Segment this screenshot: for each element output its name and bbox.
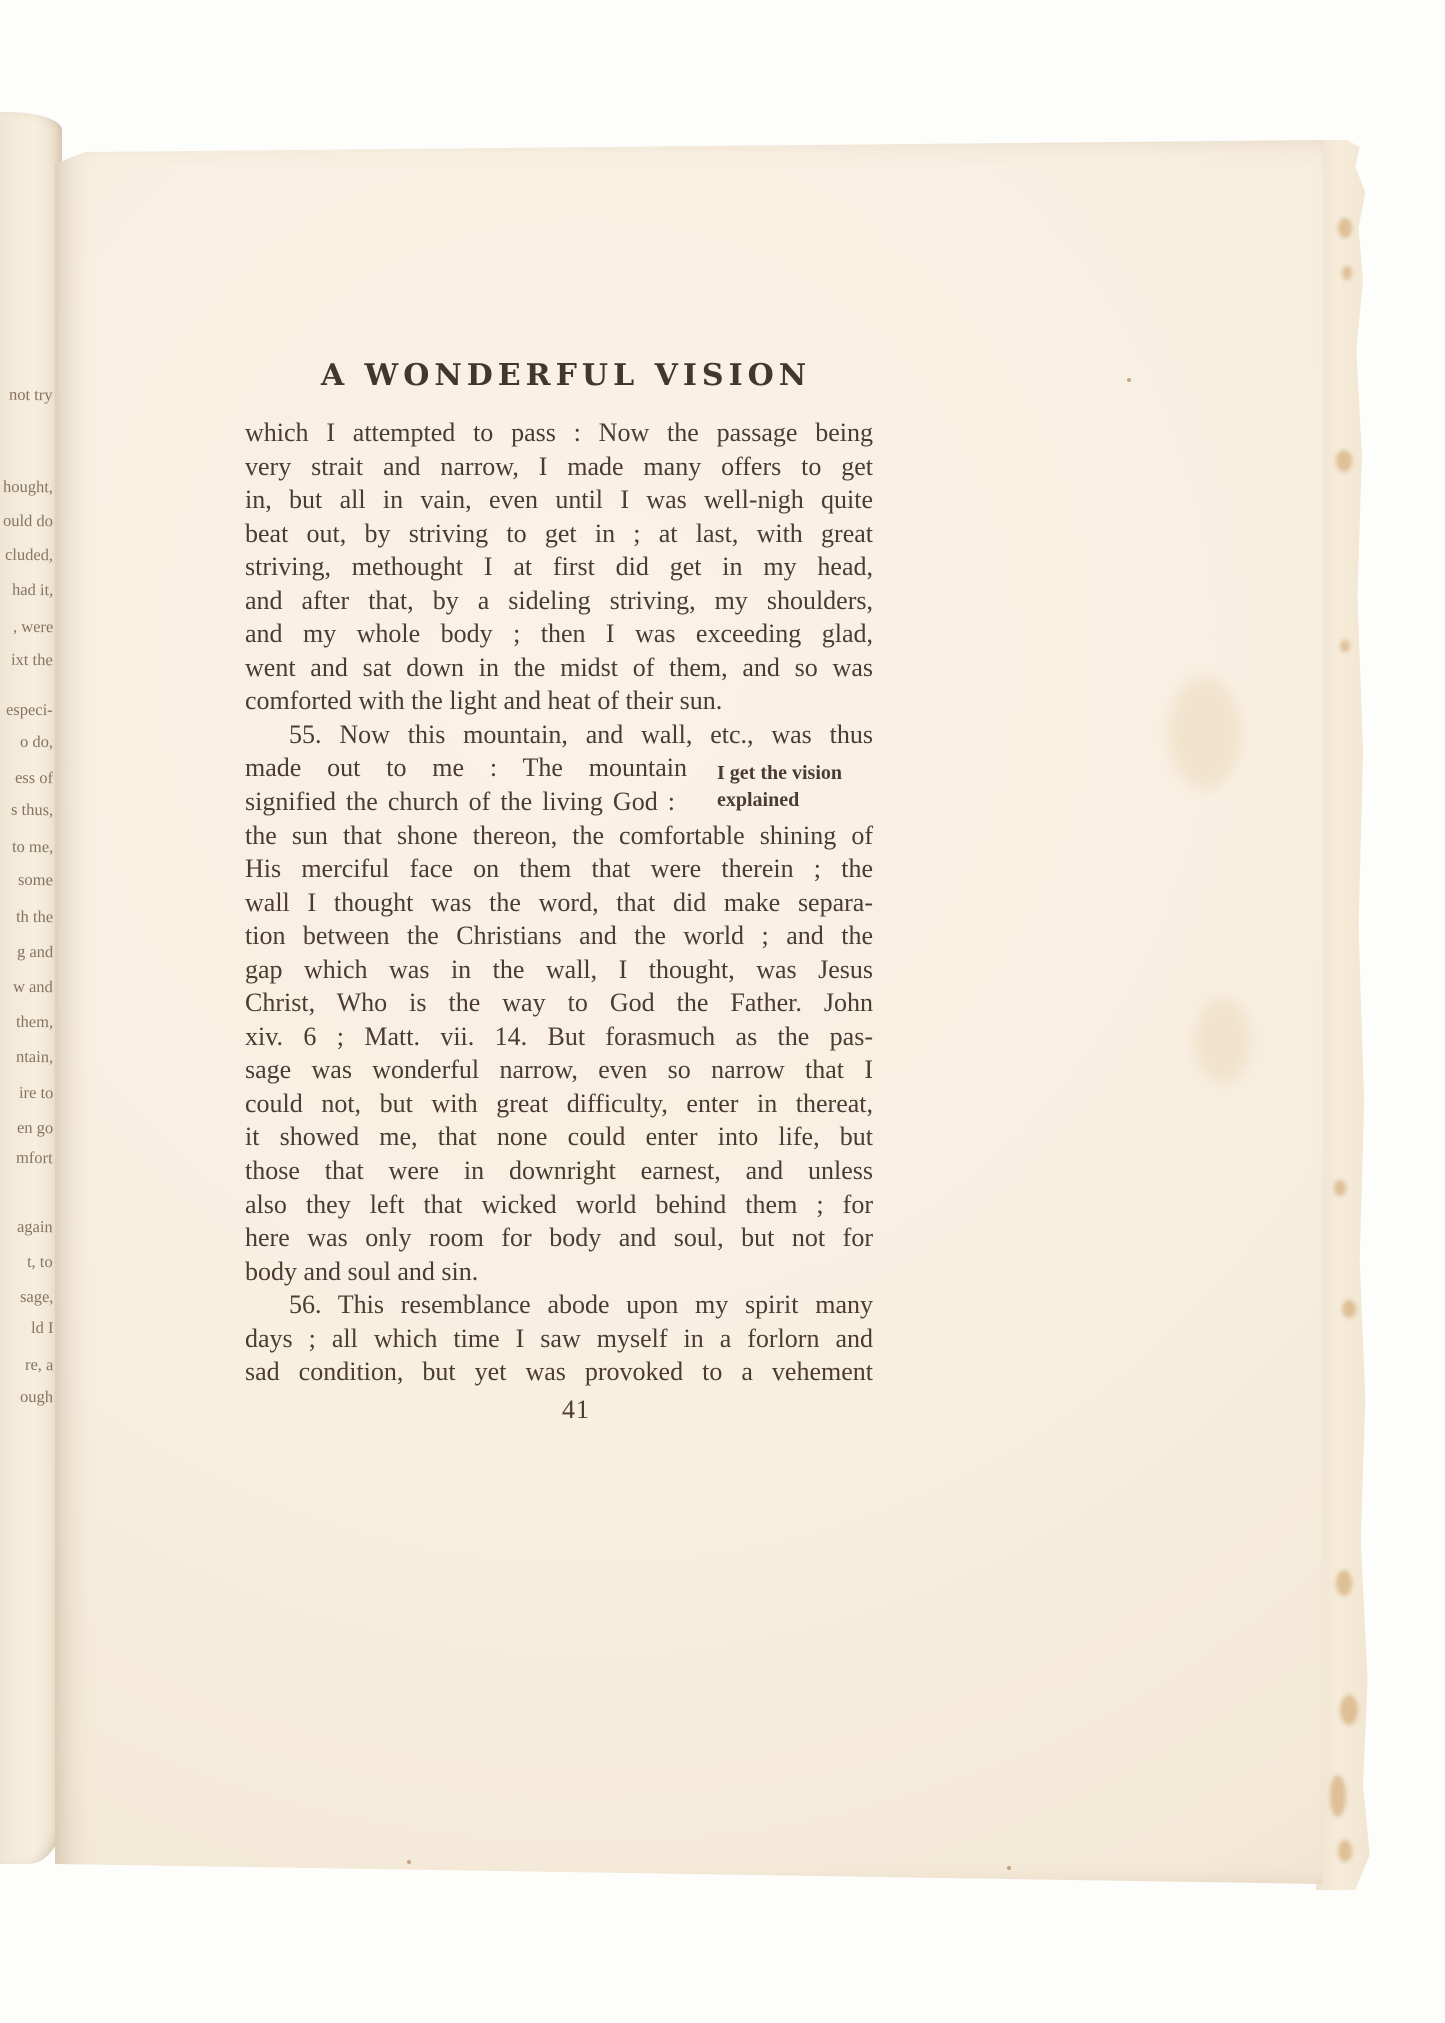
text-line: here was only room for body and soul, bu… — [245, 1221, 873, 1255]
prev-page-line-fragment: hought, — [3, 477, 53, 498]
prev-page-line-fragment: them, — [16, 1012, 53, 1032]
foxing-spot — [1340, 640, 1350, 652]
page-title: A WONDERFUL VISION — [259, 358, 873, 394]
text-line: tion between the Christians and the worl… — [245, 919, 873, 953]
prev-page-line-fragment: some — [18, 870, 53, 890]
margin-note-line: explained — [717, 787, 892, 814]
foxing-spot — [1342, 266, 1352, 280]
prev-page-line-fragment: sage, — [19, 1287, 53, 1307]
prev-page-line-fragment: mfort — [16, 1148, 53, 1168]
text-line: 55. Now this mountain, and wall, etc., w… — [245, 718, 873, 752]
text-line: days ; all which time I saw myself in a … — [245, 1322, 873, 1356]
text-line: xiv. 6 ; Matt. vii. 14. But forasmuch as… — [245, 1020, 873, 1054]
text-line: and after that, by a sideling striving, … — [245, 584, 873, 618]
text-line: very strait and narrow, I made many offe… — [245, 450, 873, 484]
text-line: gap which was in the wall, I thought, wa… — [245, 953, 873, 987]
prev-page-line-fragment: ess of — [15, 768, 53, 788]
text-line: could not, but with great difficulty, en… — [245, 1087, 873, 1121]
foxing-stain — [1195, 998, 1250, 1083]
prev-page-line-fragment: en go — [17, 1118, 53, 1138]
text-line: beat out, by striving to get in ; at las… — [245, 517, 873, 551]
text-line: 56. This resemblance abode upon my spiri… — [245, 1288, 873, 1322]
text-line: wall I thought was the word, that did ma… — [245, 886, 873, 920]
text-line: the sun that shone thereon, the comforta… — [245, 819, 873, 853]
text-line: comforted with the light and heat of the… — [245, 684, 873, 718]
paper-speck — [1127, 378, 1131, 382]
text-line: Christ, Who is the way to God the Father… — [245, 986, 873, 1020]
foxing-spot — [1334, 1180, 1346, 1196]
foxing-spot — [1340, 1695, 1358, 1725]
text-line: in, but all in vain, even until I was we… — [245, 483, 873, 517]
prev-page-line-fragment: s thus, — [11, 800, 53, 820]
text-line: sage was wonderful narrow, even so narro… — [245, 1053, 873, 1087]
foxing-spot — [1336, 1570, 1352, 1596]
foxing-spot — [1338, 218, 1352, 238]
prev-page-line-fragment: ixt the — [11, 650, 53, 670]
margin-note: I get the vision explained — [717, 760, 892, 814]
text-line: which I attempted to pass : Now the pass… — [245, 416, 873, 450]
margin-note-line: I get the vision — [717, 760, 892, 787]
text-block: A WONDERFUL VISION which I attempted to … — [245, 358, 873, 1425]
text-line: His merciful face on them that were ther… — [245, 852, 873, 886]
prev-page-line-fragment: th the — [16, 907, 53, 927]
prev-page-line-fragment: again — [17, 1217, 53, 1237]
text-line: striving, methought I at first did get i… — [245, 550, 873, 584]
prev-page-line-fragment: , were — [13, 617, 54, 637]
book-photo: not tryhought,ould docluded,had it,, wer… — [0, 0, 1445, 2023]
prev-page-line-fragment: w and — [13, 977, 53, 997]
prev-page-line-fragment: cluded, — [5, 545, 53, 566]
book-page: A WONDERFUL VISION which I attempted to … — [55, 138, 1323, 1886]
text-line: made out to me : The mountain — [245, 751, 687, 785]
foxing-spot — [1338, 1840, 1352, 1862]
prev-page-line-fragment: to me, — [12, 837, 53, 857]
paper-speck — [1007, 1866, 1011, 1870]
text-line: also they left that wicked world behind … — [245, 1188, 873, 1222]
page-number: 41 — [245, 1395, 873, 1425]
text-line: signified the church of the living God : — [245, 785, 675, 819]
foxing-spot — [1336, 450, 1352, 472]
prev-page-line-fragment: ough — [20, 1387, 53, 1407]
text-line: body and soul and sin. — [245, 1255, 873, 1289]
foxing-spot — [1330, 1775, 1346, 1817]
prev-page-line-fragment: ire to — [19, 1083, 54, 1103]
previous-page-edge: not tryhought,ould docluded,had it,, wer… — [0, 112, 62, 1864]
text-line: those that were in downright earnest, an… — [245, 1154, 873, 1188]
body-text: which I attempted to pass : Now the pass… — [245, 416, 873, 1389]
prev-page-line-fragment: ntain, — [16, 1047, 53, 1067]
foxing-spot — [1342, 1300, 1356, 1318]
prev-page-line-fragment: re, a — [24, 1355, 53, 1375]
paper-speck — [407, 1860, 411, 1864]
foxing-stain — [1170, 678, 1240, 788]
prev-page-line-fragment: ld I — [30, 1318, 53, 1338]
prev-page-line-fragment: o do, — [20, 732, 53, 752]
prev-page-line-fragment: ould do — [3, 511, 53, 532]
prev-page-line-fragment: g and — [17, 942, 53, 962]
prev-page-line-fragment: had it, — [12, 580, 53, 600]
prev-page-line-fragment: t, to — [27, 1252, 53, 1272]
prev-page-line-fragment: not try — [9, 385, 53, 405]
fore-edge — [1316, 140, 1372, 1890]
text-line: sad condition, but yet was provoked to a… — [245, 1355, 873, 1389]
prev-page-line-fragment: especi- — [6, 700, 53, 720]
text-line: it showed me, that none could enter into… — [245, 1120, 873, 1154]
text-line: and my whole body ; then I was exceeding… — [245, 617, 873, 651]
text-line: went and sat down in the midst of them, … — [245, 651, 873, 685]
